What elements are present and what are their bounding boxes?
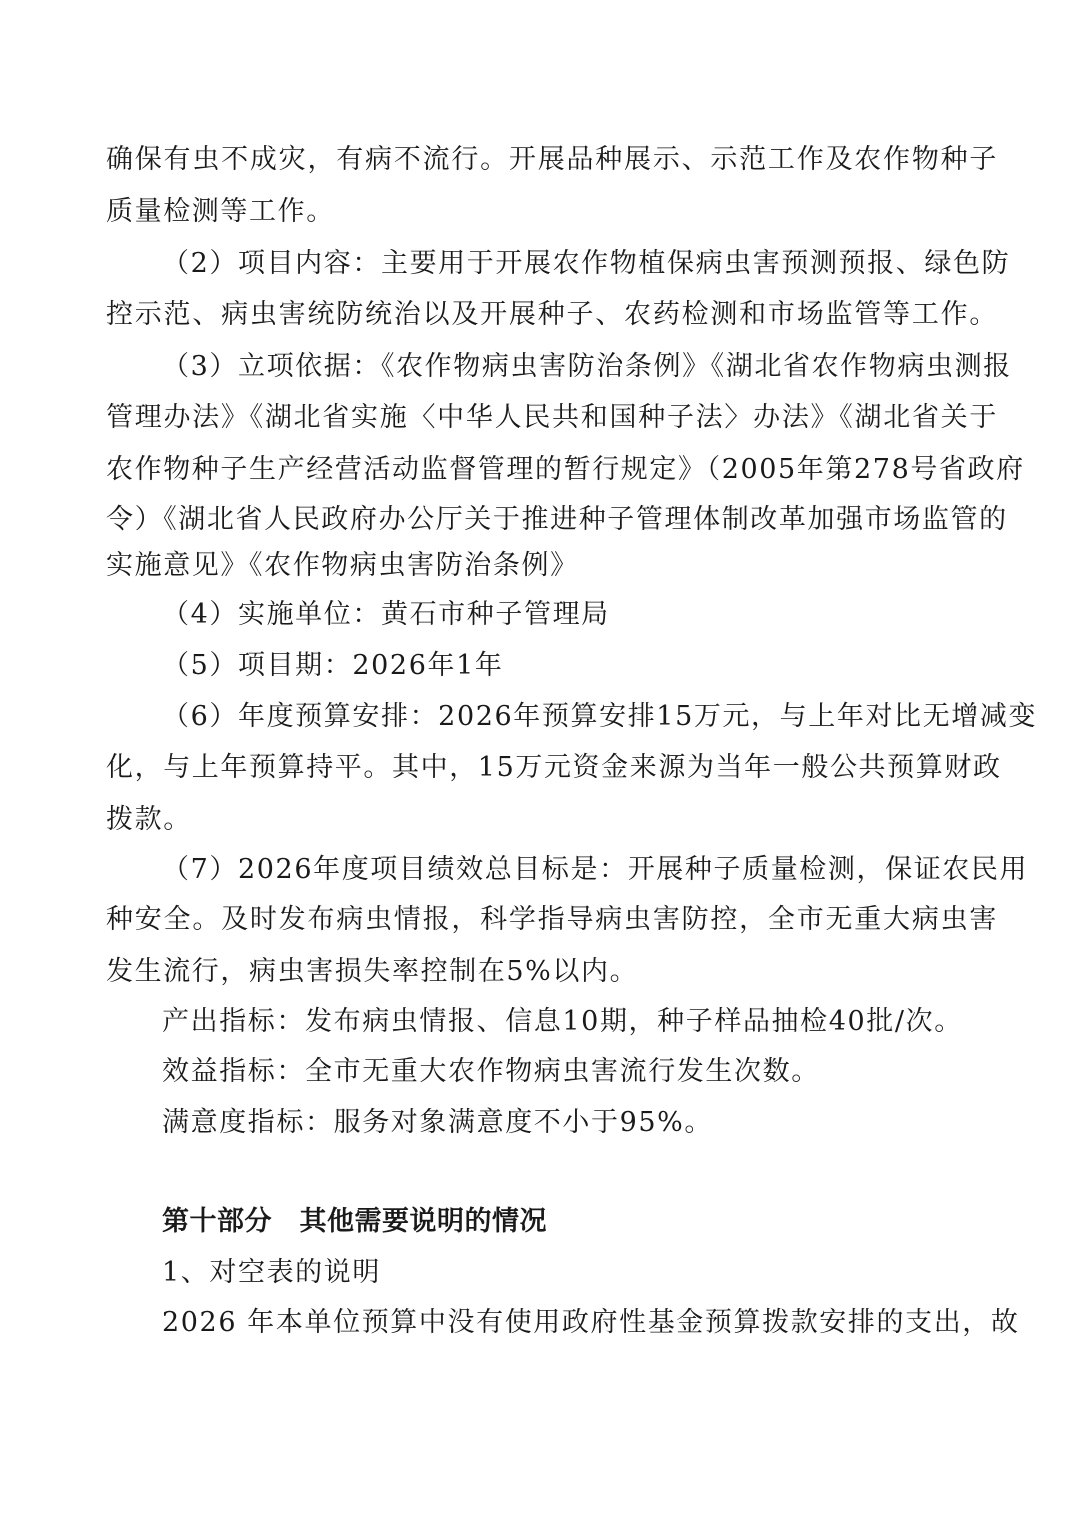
paragraph-line: 实施意见》《农作物病虫害防治条例》 bbox=[106, 546, 998, 586]
item-4-unit: （4）实施单位：黄石市种子管理局 bbox=[162, 595, 998, 635]
paragraph-line: 管理办法》《湖北省实施〈中华人民共和国种子法〉办法》《湖北省关于 bbox=[106, 398, 998, 438]
paragraph-line: 控示范、病虫害统防统治以及开展种子、农药检测和市场监管等工作。 bbox=[106, 295, 998, 335]
output-indicator: 产出指标：发布病虫情报、信息10期，种子样品抽检40批/次。 bbox=[162, 1002, 998, 1042]
paragraph-line: 确保有虫不成灾，有病不流行。开展品种展示、示范工作及农作物种子 bbox=[106, 140, 998, 180]
paragraph-line: 发生流行，病虫害损失率控制在5%以内。 bbox=[106, 952, 998, 992]
subheading: 1、对空表的说明 bbox=[162, 1253, 998, 1293]
section-heading: 第十部分 其他需要说明的情况 bbox=[162, 1202, 998, 1242]
paragraph-line: 拨款。 bbox=[106, 800, 998, 840]
item-2-content: （2）项目内容：主要用于开展农作物植保病虫害预测预报、绿色防 bbox=[162, 244, 998, 284]
item-5-period: （5）项目期：2026年1年 bbox=[162, 646, 998, 686]
benefit-indicator: 效益指标：全市无重大农作物病虫害流行发生次数。 bbox=[162, 1052, 998, 1092]
paragraph-line: 令）《湖北省人民政府办公厅关于推进种子管理体制改革加强市场监管的 bbox=[106, 500, 998, 540]
paragraph-line: 化，与上年预算持平。其中，15万元资金来源为当年一般公共预算财政 bbox=[106, 748, 998, 788]
item-3-basis: （3）立项依据：《农作物病虫害防治条例》《湖北省农作物病虫测报 bbox=[162, 347, 998, 387]
item-7-goal: （7）2026年度项目绩效总目标是：开展种子质量检测，保证农民用 bbox=[162, 850, 998, 890]
item-6-budget: （6）年度预算安排：2026年预算安排15万元，与上年对比无增减变 bbox=[162, 697, 998, 737]
paragraph-line: 2026 年本单位预算中没有使用政府性基金预算拨款安排的支出，故 bbox=[162, 1303, 998, 1343]
paragraph-line: 质量检测等工作。 bbox=[106, 192, 998, 232]
paragraph-line: 农作物种子生产经营活动监督管理的暂行规定》（2005年第278号省政府 bbox=[106, 450, 998, 490]
satisfaction-indicator: 满意度指标：服务对象满意度不小于95%。 bbox=[162, 1103, 998, 1143]
paragraph-line: 种安全。及时发布病虫情报，科学指导病虫害防控，全市无重大病虫害 bbox=[106, 900, 998, 940]
